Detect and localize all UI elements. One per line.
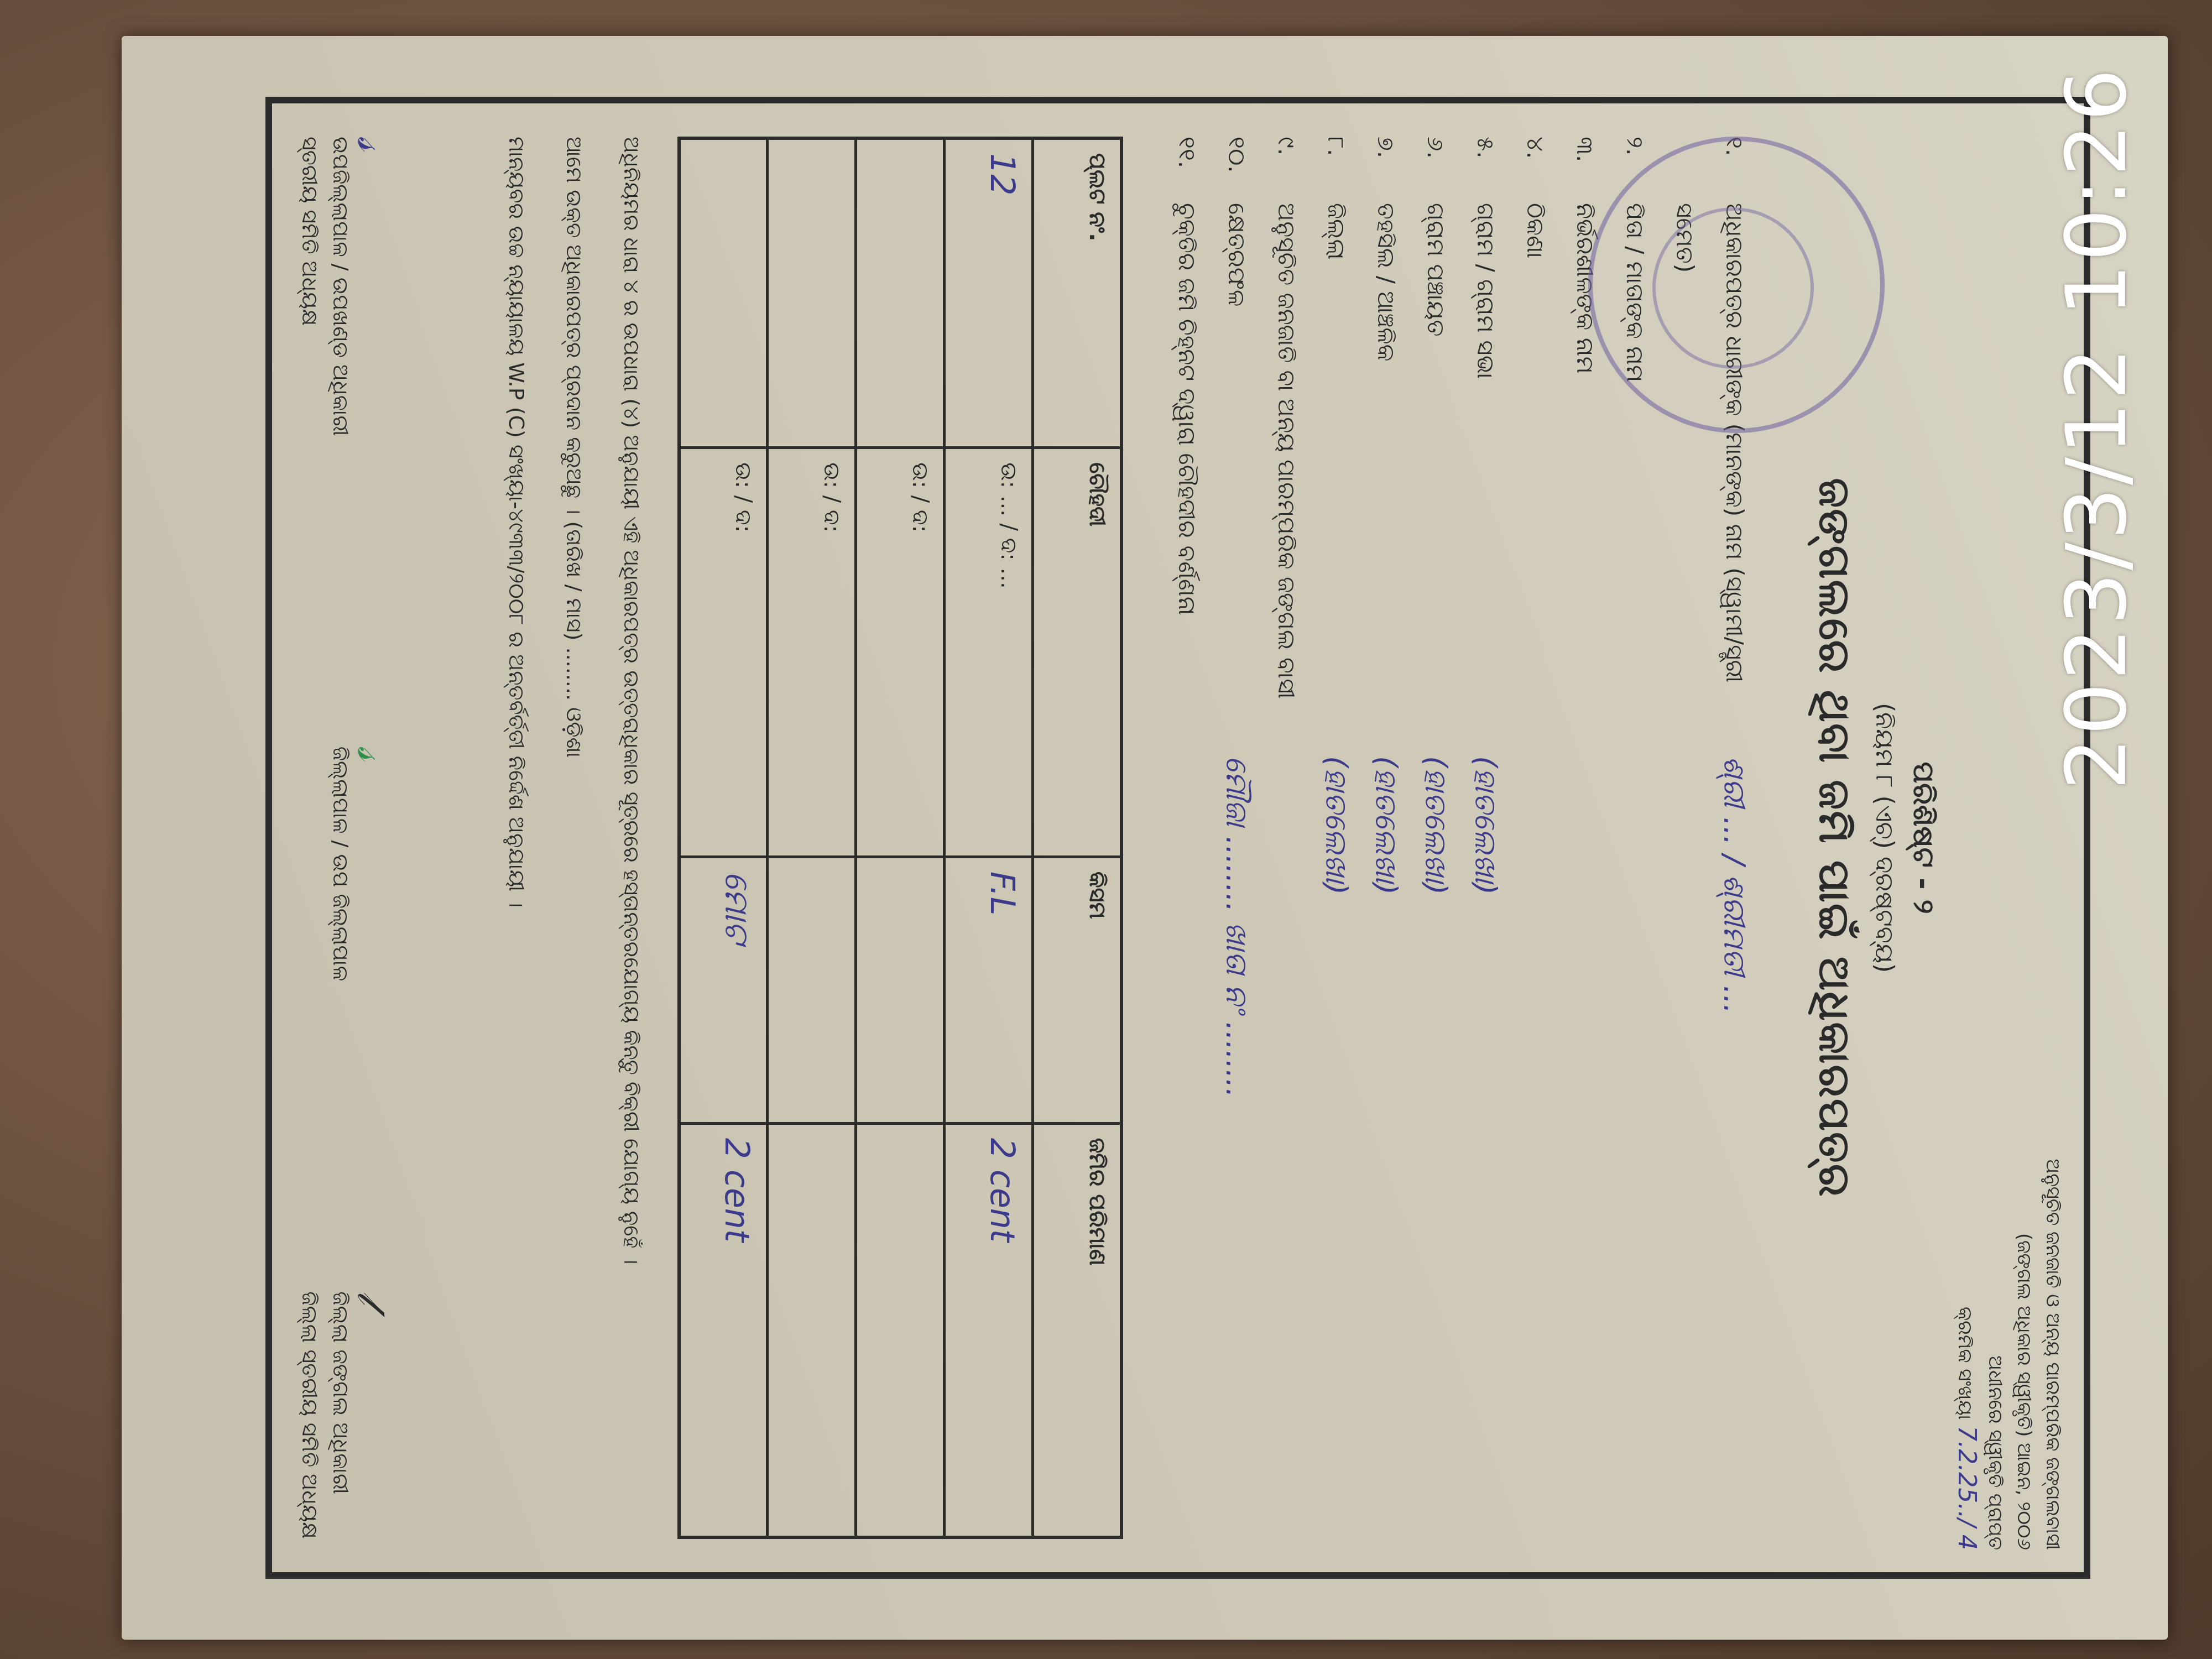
field-label: ଜିଲ୍ଲା [1311, 203, 1361, 756]
field-label: ତହସିଲ / ଆଞ୍ଚଳିକ [1361, 203, 1411, 756]
table-total-row: ଉ: / ଦ: ମୋଟ 2 cent [679, 138, 768, 1537]
cell-kisam [856, 857, 945, 1124]
serial-line-3: ଅଧୀନରେ ସ୍ୱୀକୃତି ପ୍ରାପ୍ତ [1981, 1159, 2010, 1550]
cell-boundary: ଉ: / ଦ: [856, 448, 945, 857]
stamp-inner-ring [1652, 207, 1814, 369]
cell-kisam [768, 857, 856, 1124]
cell-plot: 12 [945, 138, 1033, 448]
field-value: (ହାତଲେଖା) [1361, 756, 1411, 895]
signature-role: ଜିଲ୍ଲା ଜଙ୍ଗଲ ଅଧିକାରୀ [325, 1291, 356, 1539]
paragraph: ଅଧିନିୟମର ଧାରା ୪ ର ଉପଧାରା (୪) ଅନୁଯାୟୀ ଏହି… [613, 137, 650, 1539]
photo-frame: ଅନୁସୂଚିତ ଜନଜାତି ଓ ଅନ୍ୟ ପାରମ୍ପରିକ ଜଙ୍ଗଲବା… [94, 22, 2195, 1653]
field-label: ଠିକଣା [1510, 203, 1560, 756]
field-row: ୯.ଅନୁସୂଚିତ ଜନଜାତି ବା ଅନ୍ୟ ପାରମ୍ପରିକ ଜଙ୍ଗ… [1261, 137, 1311, 1539]
signature-block: 𝓈 ଉପଜିଲ୍ଲାପାଳ / ଉପଖଣ୍ଡ ଅଧିକାରୀ ସ୍ତରୀୟ ସମ… [294, 137, 387, 436]
field-value: (ହାତଲେଖା) [1460, 756, 1510, 895]
table-row: ଉ: / ଦ: [856, 138, 945, 1537]
field-row: ୮.ଜିଲ୍ଲା(ହାତଲେଖା) [1311, 137, 1361, 1539]
signature-mark: 𝓈 [356, 747, 387, 981]
cell-boundary: ଉ: / ଦ: [768, 448, 856, 857]
serial-number-value: 7.2.25../ 4 [1953, 1426, 1981, 1550]
field-num: ୭. [1361, 137, 1411, 203]
cell-plot [856, 138, 945, 448]
cell-boundary: ଉ: / ଦ: [679, 448, 768, 857]
field-num: ୬. [1411, 137, 1460, 203]
field-row: ୬.ଗ୍ରାମ ପଞ୍ଚାୟତ(ହାତଲେଖା) [1411, 137, 1460, 1539]
field-num: ୪. [1510, 137, 1560, 203]
field-value: (ହାତଲେଖା) [1411, 756, 1460, 895]
serial-line-2: (ଜଙ୍ଗଲ ଅଧିକାର ସ୍ୱୀକୃତି) ଆଇନ, ୨୦୦୬ [2010, 1159, 2038, 1550]
field-num: ୧୧. [1162, 137, 1212, 203]
field-num: ୧୦. [1212, 137, 1261, 203]
serial-number-label: କ୍ରମିକ ସଂଖ୍ୟା [1954, 1307, 1976, 1420]
field-row: ୧୦.କ୍ଷେତ୍ରଫଳମୌଜା ........ ଖାତା ନଂ ......… [1212, 137, 1261, 1539]
signature-mark: 𝓈 [356, 137, 387, 436]
col-kisam: କିସମ [1033, 857, 1121, 1124]
col-plot-no: ପ୍ଲଟ ନଂ. [1033, 138, 1121, 448]
cell-kisam: F.L [945, 857, 1033, 1124]
rule-reference: (ନିୟମ ୮ (ଏଚ୍) ଦ୍ରଷ୍ଟବ୍ୟ) [1870, 137, 1898, 1539]
signature-role: ଜିଲ୍ଲାପାଳ / ଉପ ଜିଲ୍ଲାପାଳ [325, 747, 356, 981]
cell-area [856, 1123, 945, 1537]
signature-sub: ସ୍ତରୀୟ ସମିତି ଅଧ୍ୟକ୍ଷ [294, 137, 325, 436]
field-row: ୧୧.ଚୁକ୍ତିର ଜମି ଚିହ୍ନଟ ଦ୍ୱାରା ଚୌହଦୀର ବର୍ଣ… [1162, 137, 1212, 1539]
signature-block: 𝓁 ଜିଲ୍ଲା ଜଙ୍ଗଲ ଅଧିକାରୀ ଜିଲ୍ଲା ସ୍ତରୀୟ ସମି… [294, 1291, 387, 1539]
field-label: ଚୁକ୍ତିର ଜମି ଚିହ୍ନଟ ଦ୍ୱାରା ଚୌହଦୀର ବର୍ଣ୍ଣନ… [1162, 203, 1212, 756]
field-label: କ୍ଷେତ୍ରଫଳ [1212, 203, 1261, 756]
document-paper: ଅନୁସୂଚିତ ଜନଜାତି ଓ ଅନ୍ୟ ପାରମ୍ପରିକ ଜଙ୍ଗଲବା… [122, 36, 2168, 1640]
cell-plot [679, 138, 768, 448]
document-border: ଅନୁସୂଚିତ ଜନଜାତି ଓ ଅନ୍ୟ ପାରମ୍ପରିକ ଜଙ୍ଗଲବା… [265, 97, 2090, 1579]
field-row: ୭.ତହସିଲ / ଆଞ୍ଚଳିକ(ହାତଲେଖା) [1361, 137, 1411, 1539]
land-details-table: ପ୍ଲଟ ନଂ. ଚୌହଦୀ କିସମ ଜମିର ପରିମାଣ 12 ଉ: ..… [677, 137, 1123, 1539]
photo-timestamp: 2023/3/12 10:26 [2049, 66, 2145, 790]
field-value: (ହାତଲେଖା) [1311, 756, 1361, 895]
field-value: ମୌଜା ........ ଖାତା ନଂ ........ [1212, 756, 1261, 1098]
col-boundary: ଚୌହଦୀ [1033, 448, 1121, 857]
serial-line-1: ଅନୁସୂଚିତ ଜନଜାତି ଓ ଅନ୍ୟ ପାରମ୍ପରିକ ଜଙ୍ଗଲବା… [2038, 1159, 2067, 1550]
serial-block: ଅନୁସୂଚିତ ଜନଜାତି ଓ ଅନ୍ୟ ପାରମ୍ପରିକ ଜଙ୍ଗଲବା… [1950, 1159, 2067, 1550]
field-num: ୮. [1311, 137, 1361, 203]
cell-total-label: ମୋଟ [679, 857, 768, 1124]
paragraph: ଆମେ ଉକ୍ତ ଅଧିକାରପତ୍ର ପ୍ରଦାନ କରୁଅଛୁ । (ତାର… [556, 137, 592, 1539]
cell-area: 2 cent [945, 1123, 1033, 1537]
field-row: ୫.ଗ୍ରାମ / ଗ୍ରାମ ସଭା(ହାତଲେଖା) [1460, 137, 1510, 1539]
cell-area [768, 1123, 856, 1537]
signature-sub: ଜିଲ୍ଲା ସ୍ତରୀୟ ସମିତି ଅଧ୍ୟକ୍ଷ [294, 1291, 325, 1539]
signature-role: ଉପଜିଲ୍ଲାପାଳ / ଉପଖଣ୍ଡ ଅଧିକାରୀ [325, 137, 356, 436]
field-num: ୩. [1560, 137, 1610, 203]
terms-paragraphs: ଅଧିନିୟମର ଧାରା ୪ ର ଉପଧାରା (୪) ଅନୁଯାୟୀ ଏହି… [498, 137, 650, 1539]
cell-plot [768, 138, 856, 448]
table-row: ଉ: / ଦ: [768, 138, 856, 1537]
cell-total-area: 2 cent [679, 1123, 768, 1537]
field-label: ଅନୁସୂଚିତ ଜନଜାତି ବା ଅନ୍ୟ ପାରମ୍ପରିକ ଜଙ୍ଗଲ … [1261, 203, 1311, 756]
official-stamp [1588, 137, 1885, 433]
signature-row: 𝓈 ଉପଜିଲ୍ଲାପାଳ / ଉପଖଣ୍ଡ ଅଧିକାରୀ ସ୍ତରୀୟ ସମ… [294, 137, 387, 1539]
field-label: ଗ୍ରାମ ପଞ୍ଚାୟତ [1411, 203, 1460, 756]
table-row: 12 ଉ: ... / ଦ: ... F.L 2 cent [945, 138, 1033, 1537]
signature-mark: 𝓁 [356, 1291, 387, 1539]
field-value: ଶ୍ରୀ ... / ଶ୍ରୀମତୀ ... [1660, 756, 1759, 1014]
field-label: ଗ୍ରାମ / ଗ୍ରାମ ସଭା [1460, 203, 1510, 756]
field-row: ୪.ଠିକଣା [1510, 137, 1560, 1539]
field-num: ୫. [1460, 137, 1510, 203]
field-num: ୯. [1261, 137, 1311, 203]
signature-block: 𝓈 ଜିଲ୍ଲାପାଳ / ଉପ ଜିଲ୍ଲାପାଳ [294, 747, 387, 981]
table-header-row: ପ୍ଲଟ ନଂ. ଚୌହଦୀ କିସମ ଜମିର ପରିମାଣ [1033, 138, 1121, 1537]
paragraph: ମାନ୍ୟବର ଉଚ୍ଚ ନ୍ୟାୟାଳୟ W.P (C) ସଂଖ୍ୟା-୪୯୩… [498, 137, 535, 1539]
appendix-label: ପରିଶିଷ୍ଟ - ୨ [1906, 137, 1940, 1539]
col-area: ଜମିର ପରିମାଣ [1033, 1123, 1121, 1537]
cell-boundary: ଉ: ... / ଦ: ... [945, 448, 1033, 857]
